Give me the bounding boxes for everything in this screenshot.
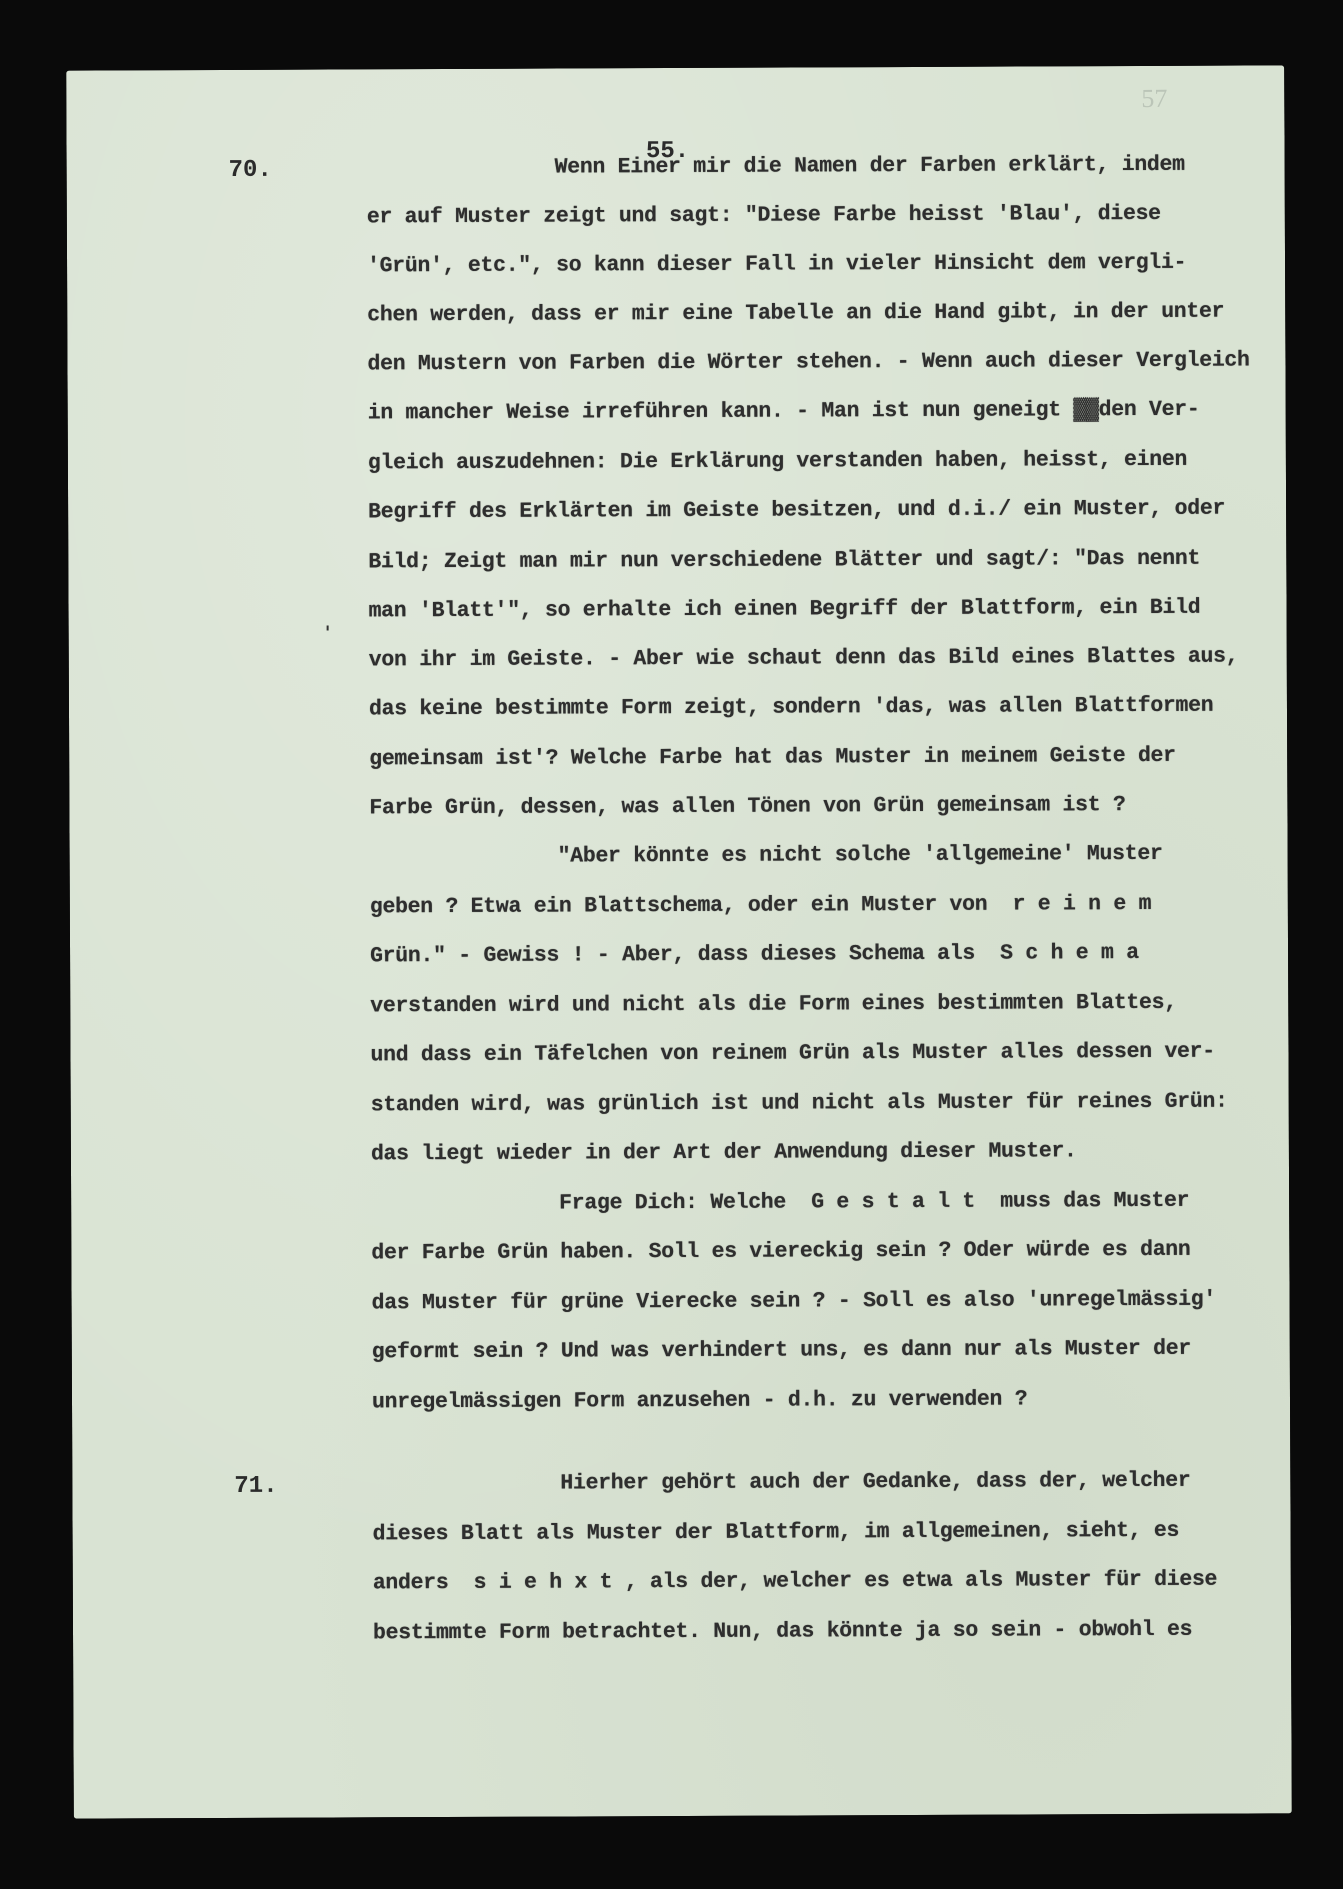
text-line: er auf Muster zeigt und sagt: "Diese Far… bbox=[367, 202, 1161, 229]
text-line: bestimmte Form betrachtet. Nun, das könn… bbox=[373, 1618, 1192, 1646]
text-line: das keine bestimmte Form zeigt, sondern … bbox=[369, 694, 1213, 722]
text-line: Farbe Grün, dessen, was allen Tönen von … bbox=[369, 793, 1125, 820]
text-line: chen werden, dass er mir eine Tabelle an… bbox=[367, 300, 1224, 328]
text-line: dieses Blatt als Muster der Blattform, i… bbox=[373, 1519, 1180, 1547]
text-line: Frage Dich: Welche G e s t a l t muss da… bbox=[559, 1189, 1189, 1216]
text-line: standen wird, was grünlich ist und nicht… bbox=[371, 1090, 1228, 1118]
text-line: Grün." - Gewiss ! - Aber, dass dieses Sc… bbox=[370, 941, 1139, 968]
text-line: unregelmässigen Form anzusehen - d.h. zu… bbox=[372, 1387, 1027, 1414]
section-number-71: 71. bbox=[234, 1473, 277, 1500]
text-line: verstanden wird und nicht als die Form e… bbox=[370, 991, 1177, 1019]
text-line: Hierher gehört auch der Gedanke, dass de… bbox=[560, 1469, 1190, 1496]
pencil-page-mark: 57 bbox=[1141, 84, 1167, 114]
text-line: in mancher Weise irreführen kann. - Man … bbox=[368, 398, 1200, 426]
text-line: "Aber könnte es nicht solche 'allgemeine… bbox=[558, 842, 1163, 869]
typewritten-page: 57 55. 70. 71. Wenn Einer mir die Namen … bbox=[66, 65, 1292, 1818]
ink-speck bbox=[327, 626, 329, 631]
text-line: das Muster für grüne Vierecke sein ? - S… bbox=[372, 1288, 1216, 1316]
text-line: das liegt wieder in der Art der Anwendun… bbox=[371, 1139, 1077, 1166]
text-line: 'Grün', etc.", so kann dieser Fall in vi… bbox=[367, 251, 1186, 279]
scan-background: 57 55. 70. 71. Wenn Einer mir die Namen … bbox=[0, 0, 1343, 1889]
text-line: gleich auszudehnen: Die Erklärung versta… bbox=[368, 448, 1187, 476]
text-line: Begriff des Erklärten im Geiste besitzen… bbox=[368, 497, 1225, 525]
text-line: anders s i e h x t , als der, welcher es… bbox=[373, 1568, 1217, 1596]
text-line: gemeinsam ist'? Welche Farbe hat das Mus… bbox=[369, 744, 1176, 772]
text-line: Bild; Zeigt man mir nun verschiedene Blä… bbox=[368, 547, 1200, 575]
text-line: geformt sein ? Und was verhindert uns, e… bbox=[372, 1337, 1191, 1365]
section-number-70: 70. bbox=[229, 157, 272, 184]
text-line: der Farbe Grün haben. Soll es viereckig … bbox=[371, 1238, 1190, 1266]
text-line: geben ? Etwa ein Blattschema, oder ein M… bbox=[370, 892, 1151, 919]
text-line: von ihr im Geiste. - Aber wie schaut den… bbox=[369, 645, 1239, 673]
text-line: und dass ein Täfelchen von reinem Grün a… bbox=[370, 1040, 1214, 1068]
text-line: man 'Blatt'", so erhalte ich einen Begri… bbox=[369, 596, 1201, 624]
text-line: den Mustern von Farben die Wörter stehen… bbox=[367, 349, 1249, 377]
text-line: Wenn Einer mir die Namen der Farben erkl… bbox=[555, 153, 1185, 180]
